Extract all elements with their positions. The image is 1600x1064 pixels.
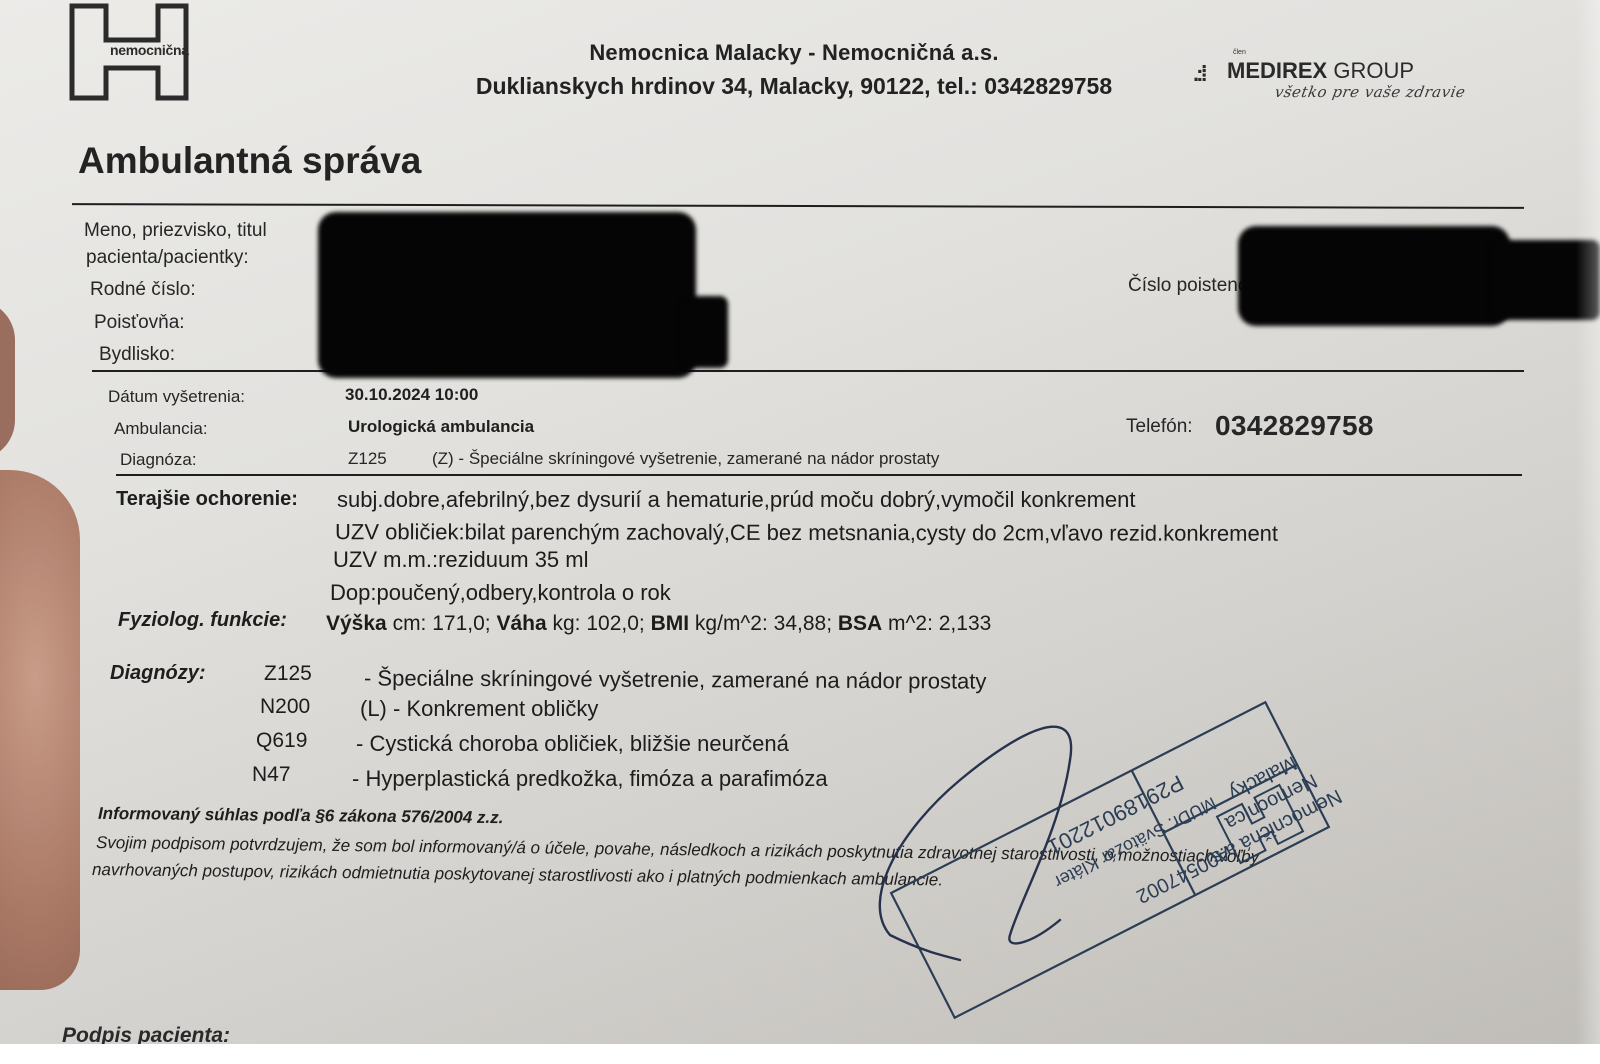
bsa-label: BSA: [838, 612, 882, 635]
exam-date-value: 30.10.2024 10:00: [345, 385, 478, 405]
separator: ;: [826, 612, 838, 635]
page-title: Ambulantná správa: [78, 140, 421, 182]
image-border: [0, 1044, 1600, 1064]
medirex-brand: MEDIREX GROUP: [1227, 58, 1414, 84]
thumb-holding-paper: [0, 470, 80, 990]
nemocnicna-logo: nemocničná: [68, 2, 228, 102]
diagnosis-desc-4: - Hyperplastická predkožka, fimóza a par…: [352, 766, 828, 792]
stamp-org-line2: Nemocnica: [1221, 769, 1321, 834]
clinic-label: Ambulancia:: [114, 419, 208, 439]
current-illness-line-2: UZV obličiek:bilat parenchým zachovalý,C…: [335, 519, 1278, 547]
address-label: Bydlisko:: [99, 344, 175, 366]
patient-name-label-1: Meno, priezvisko, titul: [84, 220, 267, 242]
medirex-brand-bold: MEDIREX: [1227, 58, 1327, 83]
diagnosis-label: Diagnóza:: [120, 450, 197, 470]
current-illness-line-1: subj.dobre,afebrilný,bez dysurií a hemat…: [337, 487, 1136, 513]
clinic-value: Urologická ambulancia: [348, 417, 534, 437]
bsa-value: 2,133: [939, 612, 992, 635]
diagnosis-desc-3: - Cystická choroba obličiek, bližšie neu…: [356, 731, 789, 757]
bmi-value: 34,88: [774, 612, 827, 635]
phone-value: 0342829758: [1215, 410, 1374, 442]
phone-label: Telefón:: [1126, 416, 1193, 438]
current-illness-label: Terajšie ochorenie:: [116, 488, 298, 511]
hospital-name: Nemocnica Malacky - Nemocničná a.s.: [458, 40, 1130, 66]
exam-date-label: Dátum vyšetrenia:: [108, 387, 245, 407]
physiology-label: Fyziolog. funkcie:: [118, 609, 287, 632]
patient-name-label-2: pacienta/pacientky:: [86, 247, 249, 269]
divider-visit: [116, 474, 1522, 476]
stamp-org-line3: Malacky: [1225, 751, 1300, 804]
bsa-unit: m^2:: [882, 612, 939, 635]
diagnosis-code: Z125: [348, 449, 387, 469]
diagnosis-code-4: N47: [252, 763, 291, 787]
consent-title: Informovaný súhlas podľa §6 zákona 576/2…: [98, 804, 504, 828]
redaction-patient-details: [318, 212, 696, 378]
height-label: Výška: [326, 612, 387, 635]
diagnosis-code-3: Q619: [256, 729, 307, 753]
current-illness-line-3: UZV m.m.:reziduum 35 ml: [333, 547, 589, 573]
logo-text: nemocničná: [110, 42, 189, 58]
bmi-unit: kg/m^2:: [689, 612, 774, 635]
diagnosis-text: (Z) - Špeciálne skríningové vyšetrenie, …: [432, 449, 939, 469]
medirex-slogan: všetko pre vaše zdravie: [1273, 83, 1467, 101]
medirex-logo: .:⁞ člen MEDIREX GROUP všetko pre vaše z…: [1193, 55, 1483, 110]
current-illness-line-4: Dop:poučený,odbery,kontrola o rok: [330, 580, 671, 606]
diagnoses-label: Diagnózy:: [110, 662, 206, 685]
physiology-values: Výška cm: 171,0; Váha kg: 102,0; BMI kg/…: [326, 612, 991, 636]
diagnosis-desc-2: (L) - Konkrement obličky: [360, 696, 598, 722]
paper-edge: [1576, 0, 1600, 1064]
diagnosis-code-1: Z125: [264, 662, 312, 686]
height-unit: cm:: [387, 612, 433, 635]
medirex-brand-light: GROUP: [1327, 58, 1414, 83]
medical-report-page: nemocničná Nemocnica Malacky - Nemocničn…: [0, 0, 1600, 1064]
insurance-label: Poisťovňa:: [94, 312, 185, 334]
weight-unit: kg:: [547, 612, 587, 635]
divider-top: [72, 203, 1524, 209]
medirex-member-label: člen: [1233, 49, 1246, 56]
diagnosis-desc-1: - Špeciálne skríningové vyšetrenie, zame…: [364, 665, 987, 694]
medirex-dots-icon: .:⁞: [1193, 61, 1205, 87]
diagnosis-code-2: N200: [260, 695, 310, 719]
redaction-insured-number: [1238, 226, 1510, 326]
stamp-doctor: MUDr. Svätozár Kláter: [1051, 793, 1220, 892]
weight-value: 102,0: [586, 612, 639, 635]
consent-line-2: navrhovaných postupov, rizikách odmietnu…: [92, 860, 943, 890]
separator: ;: [485, 612, 497, 635]
separator: ;: [639, 612, 651, 635]
bmi-label: BMI: [651, 612, 690, 635]
weight-label: Váha: [496, 612, 546, 635]
finger-shadow: [0, 300, 15, 460]
birth-number-label: Rodné číslo:: [90, 279, 196, 301]
height-value: 171,0: [432, 612, 485, 635]
redaction-patient-address: [680, 296, 728, 368]
divider-patient: [92, 370, 1524, 372]
hospital-address: Duklianskych hrdinov 34, Malacky, 90122,…: [458, 73, 1130, 100]
